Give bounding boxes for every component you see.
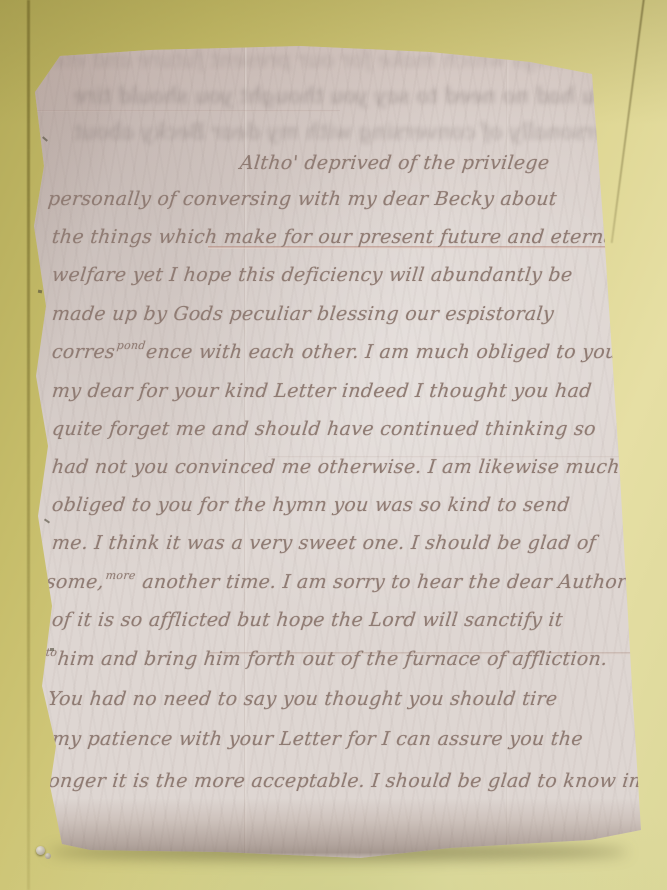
letter-line: obliged to you for the hymn you was so k… (51, 494, 571, 516)
letter-line: You had no need to say you thought you s… (47, 688, 559, 710)
line-text: corres (51, 341, 116, 363)
letter-line: the things which make for our present fu… (51, 226, 623, 248)
inserted-word-above: pond (116, 339, 146, 352)
torn-edge-speck (50, 648, 54, 651)
surface-corner-shadow-line (27, 0, 30, 890)
torn-edge-speck (38, 290, 42, 294)
pin-head (45, 853, 51, 859)
letter-line: tohim and bring him forth out of the fur… (43, 648, 609, 670)
letter-line: some,more another time. I am sorry to he… (45, 571, 628, 593)
line-text: another time. I am sorry to hear the dea… (135, 571, 628, 593)
photo-background-surface: the things which make for our present fu… (0, 0, 667, 890)
letter-line: Altho' deprived of the privilege (239, 152, 551, 174)
letter-line: personally of conversing with my dear Be… (47, 188, 558, 210)
inserted-word-above: more (105, 569, 136, 582)
letter-line: me. I think it was a very sweet one. I s… (51, 532, 597, 554)
letter-line: had not you convinced me otherwise. I am… (51, 456, 621, 478)
letter-text: Altho' deprived of the privilege persona… (30, 46, 644, 860)
letter-line: welfare yet I hope this deficiency will … (51, 264, 574, 286)
line-text: some, (45, 571, 105, 593)
letter-line: my patience with your Letter for I can a… (51, 728, 584, 750)
letter-line: made up by Gods peculiar blessing our es… (51, 303, 555, 325)
surface-crack-line (611, 0, 646, 243)
letter-line: quite forget me and should have continue… (51, 418, 597, 440)
line-text: ence with each other. I am much obliged … (145, 341, 619, 363)
letter-paper: the things which make for our present fu… (30, 46, 644, 860)
letter-line: of it is so afflicted but hope the Lord … (51, 609, 564, 631)
line-text: him and bring him forth out of the furna… (57, 648, 609, 670)
pin-head (36, 846, 45, 855)
line-text (43, 648, 45, 670)
letter-line: correspondence with each other. I am muc… (51, 341, 619, 363)
letter-line: my dear for your kind Letter indeed I th… (51, 380, 593, 402)
letter-line: longer it is the more acceptable. I shou… (41, 770, 643, 792)
